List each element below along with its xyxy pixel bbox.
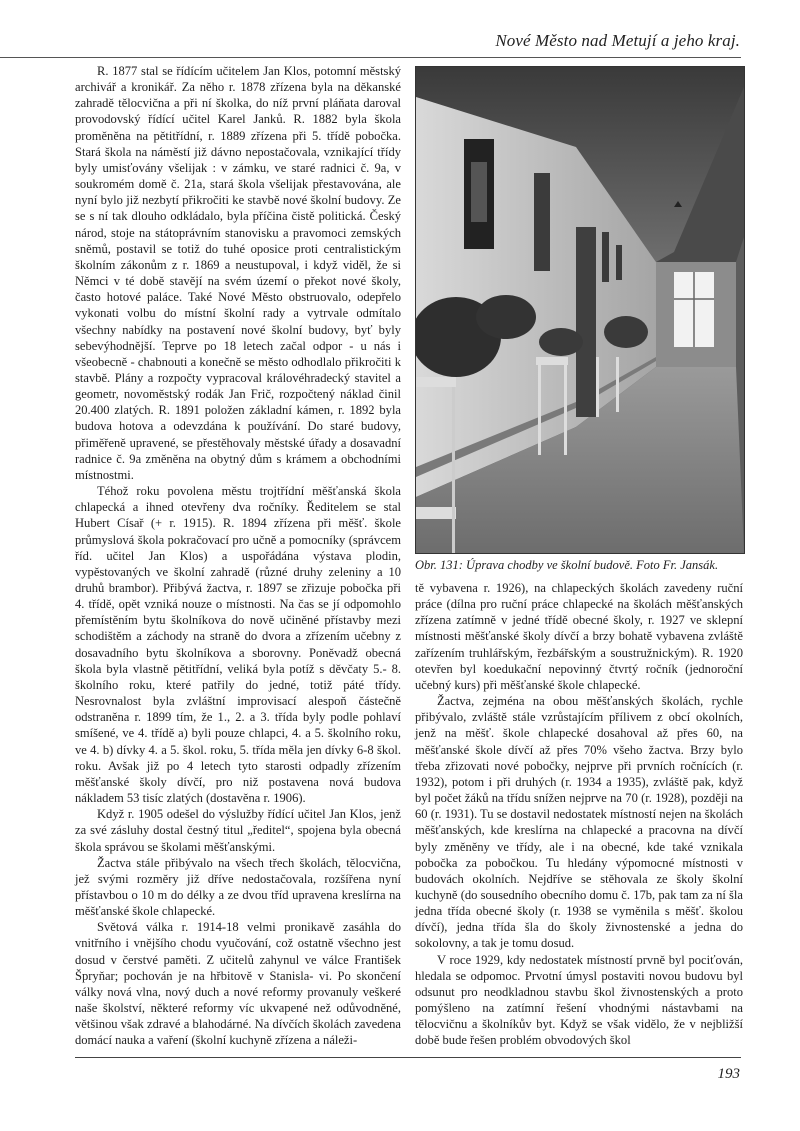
corridor-photograph	[415, 66, 745, 554]
paragraph: Žactva stále přibývalo na všech třech šk…	[75, 855, 401, 920]
page-number: 193	[718, 1066, 741, 1083]
running-title: Nové Město nad Metují a jeho kraj.	[495, 31, 740, 51]
photo-illustration	[416, 67, 744, 553]
right-column: tě vybavena r. 1926), na chlapeckých ško…	[415, 580, 743, 1049]
paragraph: Světová válka r. 1914-18 velmi pronikavě…	[75, 919, 401, 1048]
left-column: R. 1877 stal se řídícím učitelem Jan Klo…	[75, 63, 401, 1049]
paragraph: Když r. 1905 odešel do výslužby řídící u…	[75, 806, 401, 854]
footer-rule	[75, 1057, 741, 1058]
paragraph: Téhož roku povolena městu trojtřídní měš…	[75, 483, 401, 806]
paragraph: R. 1877 stal se řídícím učitelem Jan Klo…	[75, 63, 401, 483]
figure-caption: Obr. 131: Úprava chodby ve školní budově…	[415, 558, 755, 573]
paragraph: tě vybavena r. 1926), na chlapeckých ško…	[415, 580, 743, 693]
paragraph: Žactva, zejména na obou měšťanských škol…	[415, 693, 743, 952]
paragraph: V roce 1929, kdy nedostatek místností pr…	[415, 952, 743, 1049]
header-rule	[0, 57, 741, 58]
